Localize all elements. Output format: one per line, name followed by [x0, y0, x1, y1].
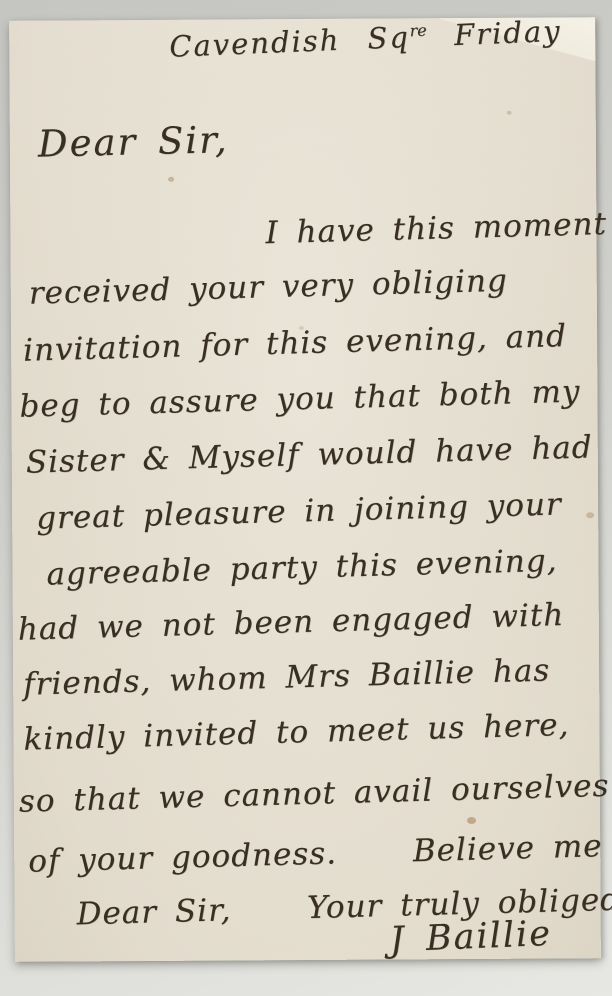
body-line: had we not been engaged with [17, 597, 564, 648]
letter-heading: Cavendish Sqre Friday [169, 14, 563, 64]
foxing-spot [507, 111, 512, 115]
heading-place-superscript: re [409, 21, 427, 41]
letter-paper: Cavendish Sqre Friday Dear Sir, I have t… [9, 17, 601, 962]
signature: J Baillie [389, 914, 553, 961]
foxing-spot [168, 177, 174, 182]
body-line-text: of your goodness. [28, 835, 338, 879]
body-line: friends, whom Mrs Baillie has [23, 652, 551, 702]
closing-salute: Dear Sir, [76, 892, 232, 932]
body-line: agreeable party this evening, [46, 543, 558, 593]
foxing-spot [467, 817, 476, 824]
body-line: great pleasure in joining your [36, 486, 563, 536]
letter-photograph: Cavendish Sqre Friday Dear Sir, I have t… [0, 0, 612, 996]
body-line: I have this moment [265, 206, 607, 251]
heading-place: Cavendish Sq [169, 20, 411, 64]
body-line: beg to assure you that both my [19, 374, 581, 425]
body-line: so that we cannot avail ourselves [18, 768, 609, 820]
body-line: kindly invited to meet us here, [23, 707, 570, 758]
body-line: received your very obliging [28, 263, 508, 312]
body-line: invitation for this evening, and [23, 318, 568, 369]
body-line: Sister & Myself would have had [25, 429, 593, 480]
closing-believe: Believe me [412, 828, 603, 869]
salutation: Dear Sir, [37, 118, 229, 165]
body-line: of your goodness. Believe me [28, 828, 603, 880]
heading-day: Friday [453, 14, 562, 52]
foxing-spot [586, 512, 594, 518]
